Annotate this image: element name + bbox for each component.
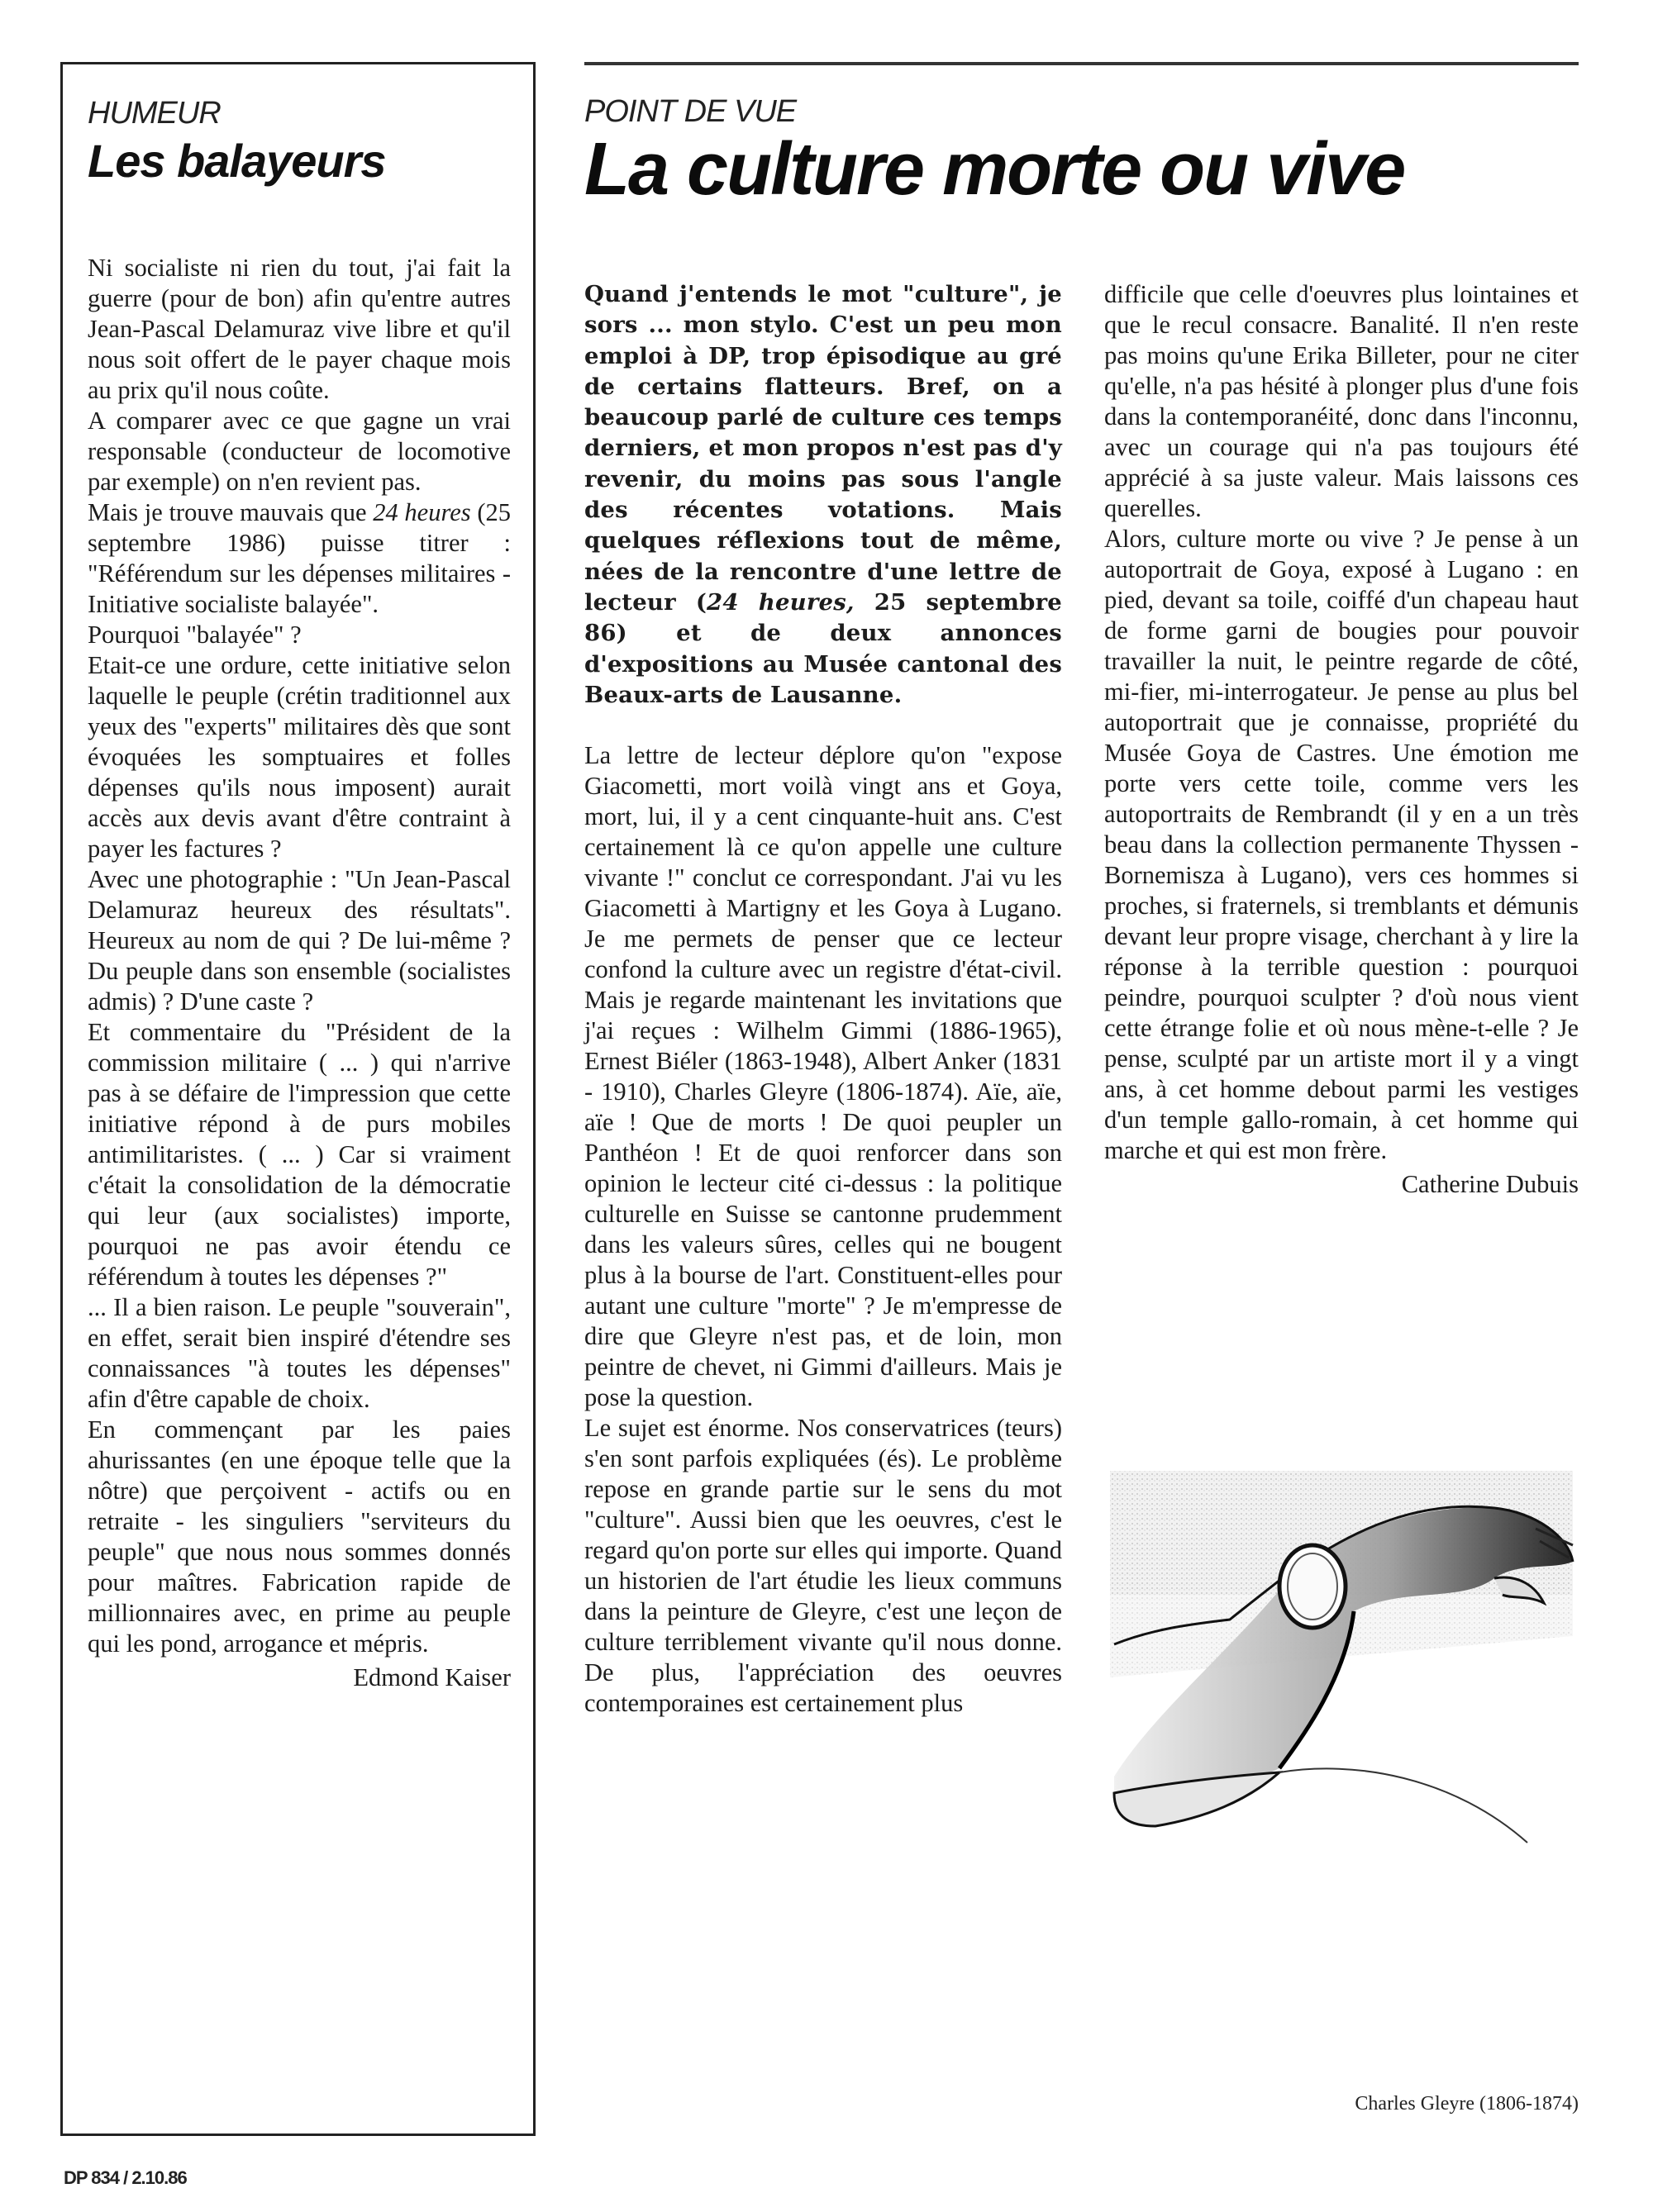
humeur-kicker: HUMEUR <box>88 98 221 129</box>
article-column-1: Quand j'entends le mot "culture", je sor… <box>584 279 1062 1719</box>
paragraph: Alors, culture morte ou vive ? Je pense … <box>1104 524 1579 1166</box>
author-signature: Edmond Kaiser <box>88 1663 511 1693</box>
publication-name: 24 heures, <box>707 589 855 616</box>
paragraph: ... Il a bien raison. Le peuple "souvera… <box>88 1292 511 1415</box>
humeur-body: Ni socialiste ni rien du tout, j'ai fait… <box>88 253 511 1693</box>
paragraph: Avec une photographie : "Un Jean-Pascal … <box>88 864 511 1017</box>
humeur-title: Les balayeurs <box>88 136 386 187</box>
figure-caption: Charles Gleyre (1806-1874) <box>1355 2093 1579 2115</box>
illustration-figure: Charles Gleyre (1806-1874) <box>1106 1463 1579 2115</box>
article-column-2: difficile que celle d'oeuvres plus loint… <box>1104 279 1579 1200</box>
paragraph: En commençant par les paies ahurissantes… <box>88 1415 511 1659</box>
article-title: La culture morte ou vive <box>584 132 1404 207</box>
arm-drawing-icon <box>1106 1463 1579 2091</box>
paragraph: Etait-ce une ordure, cette initiative se… <box>88 650 511 864</box>
paragraph: La lettre de lecteur déplore qu'on "expo… <box>584 740 1062 1413</box>
header-rule <box>584 62 1579 65</box>
paragraph: Et commentaire du "Président de la commi… <box>88 1017 511 1292</box>
paragraph: Pourquoi "balayée" ? <box>88 620 511 650</box>
page-folio: DP 834 / 2.10.86 <box>64 2167 187 2189</box>
humeur-article: HUMEUR Les balayeurs Ni socialiste ni ri… <box>60 62 536 2136</box>
publication-name: 24 heures <box>373 498 470 526</box>
paragraph: A comparer avec ce que gagne un vrai res… <box>88 406 511 497</box>
paragraph: Ni socialiste ni rien du tout, j'ai fait… <box>88 253 511 406</box>
article-lead: Quand j'entends le mot "culture", je sor… <box>584 279 1062 711</box>
paragraph: Mais je trouve mauvais que 24 heures (25… <box>88 497 511 620</box>
pdv-kicker: POINT DE VUE <box>584 96 796 127</box>
author-signature: Catherine Dubuis <box>1104 1169 1579 1200</box>
paragraph: Le sujet est énorme. Nos conservatrices … <box>584 1413 1062 1719</box>
paragraph: difficile que celle d'oeuvres plus loint… <box>1104 279 1579 524</box>
